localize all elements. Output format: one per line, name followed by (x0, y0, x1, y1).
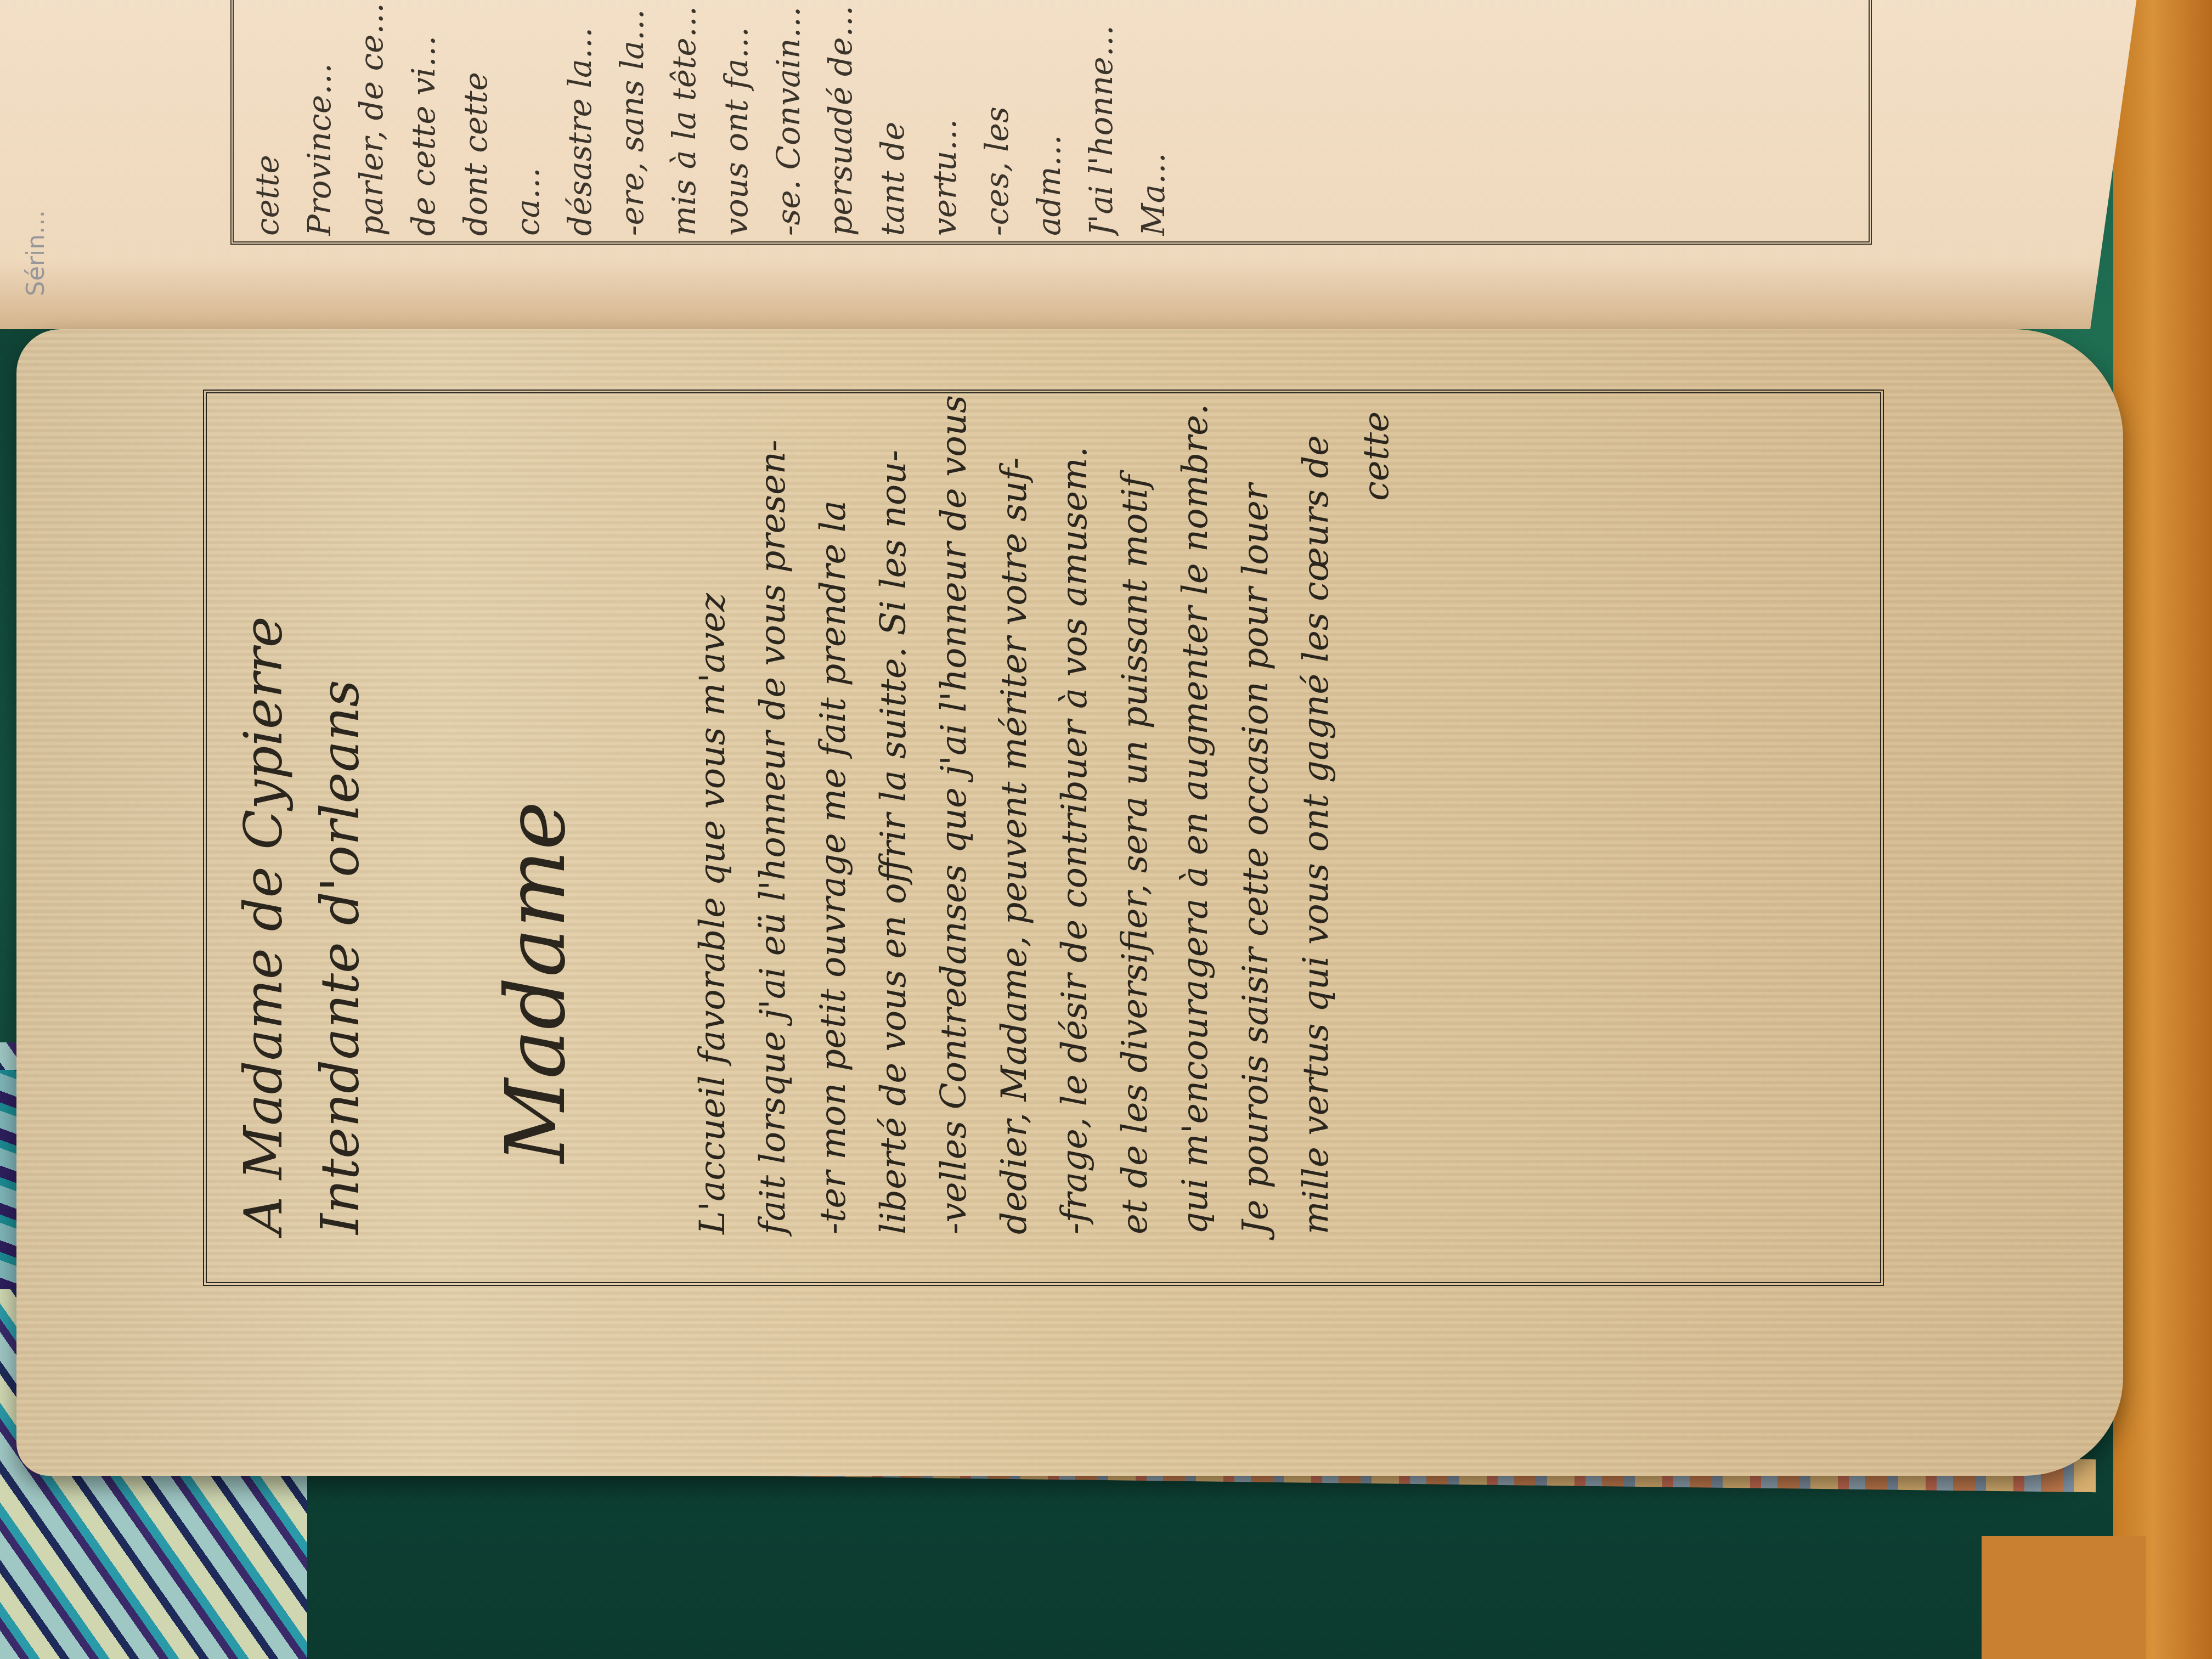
wooden-table-corner (1982, 1536, 2146, 1659)
page-content: A Madame de Cypierre Intendante d'orlean… (225, 411, 1860, 1256)
dedication-line-2: Intendante d'orleans (302, 411, 379, 1234)
facing-page-text: cette Province… parler, de ce… de cette … (241, 0, 1832, 236)
pencil-annotation: Sérin… (22, 22, 71, 296)
body-line: -frage, le désir de contribuer à vos amu… (1045, 411, 1105, 1234)
body-line: mille vertus qui vous ont gagné les cœur… (1286, 411, 1346, 1234)
facing-line: tant de vertu… (867, 0, 971, 236)
facing-line: -ces, les adm… (971, 0, 1075, 236)
facing-line: -ere, sans la… (606, 0, 658, 236)
facing-line: J'ai l'honne… (1075, 0, 1127, 236)
facing-line: persuadé de… (815, 0, 867, 236)
body-line: fait lorsque j'ai eü l'honneur de vous p… (743, 411, 803, 1234)
facing-line: vous ont fa… (710, 0, 763, 236)
dedication-line-1: A Madame de Cypierre (225, 411, 302, 1234)
facing-line: de cette vi… (398, 0, 450, 236)
facing-line: parler, de ce… (346, 0, 398, 236)
facing-line: cette Province… (241, 0, 346, 236)
salutation: Madame (488, 411, 584, 1256)
body-line: et de les diversifier, sera un puissant … (1105, 411, 1165, 1234)
facing-line: désastre la… (554, 0, 606, 236)
wooden-table-edge (2113, 0, 2212, 1659)
body-line: -ter mon petit ouvrage me fait prendre l… (803, 411, 864, 1234)
dedication-page: A Madame de Cypierre Intendante d'orlean… (16, 329, 2123, 1476)
facing-line: mis à la tête… (658, 0, 710, 236)
body-line: qui m'encouragera à en augmenter le nomb… (1165, 411, 1226, 1234)
catchword: cette (1346, 411, 1407, 1234)
dedication-body: L'accueil favorable que vous m'avez fait… (682, 411, 1407, 1256)
body-line: dedier, Madame, peuvent mériter votre su… (984, 411, 1045, 1234)
body-line: liberté de vous en offrir la suitte. Si … (864, 411, 924, 1234)
facing-line: dont cette ca… (450, 0, 554, 236)
body-line: -velles Contredanses que j'ai l'honneur … (924, 411, 984, 1234)
facing-line: Ma… (1127, 0, 1180, 236)
facing-line: -se. Convain… (763, 0, 815, 236)
body-line: L'accueil favorable que vous m'avez (682, 411, 743, 1234)
dedication-heading: A Madame de Cypierre Intendante d'orlean… (225, 411, 379, 1256)
body-line: Je pourois saisir cette occasion pour lo… (1226, 411, 1286, 1234)
